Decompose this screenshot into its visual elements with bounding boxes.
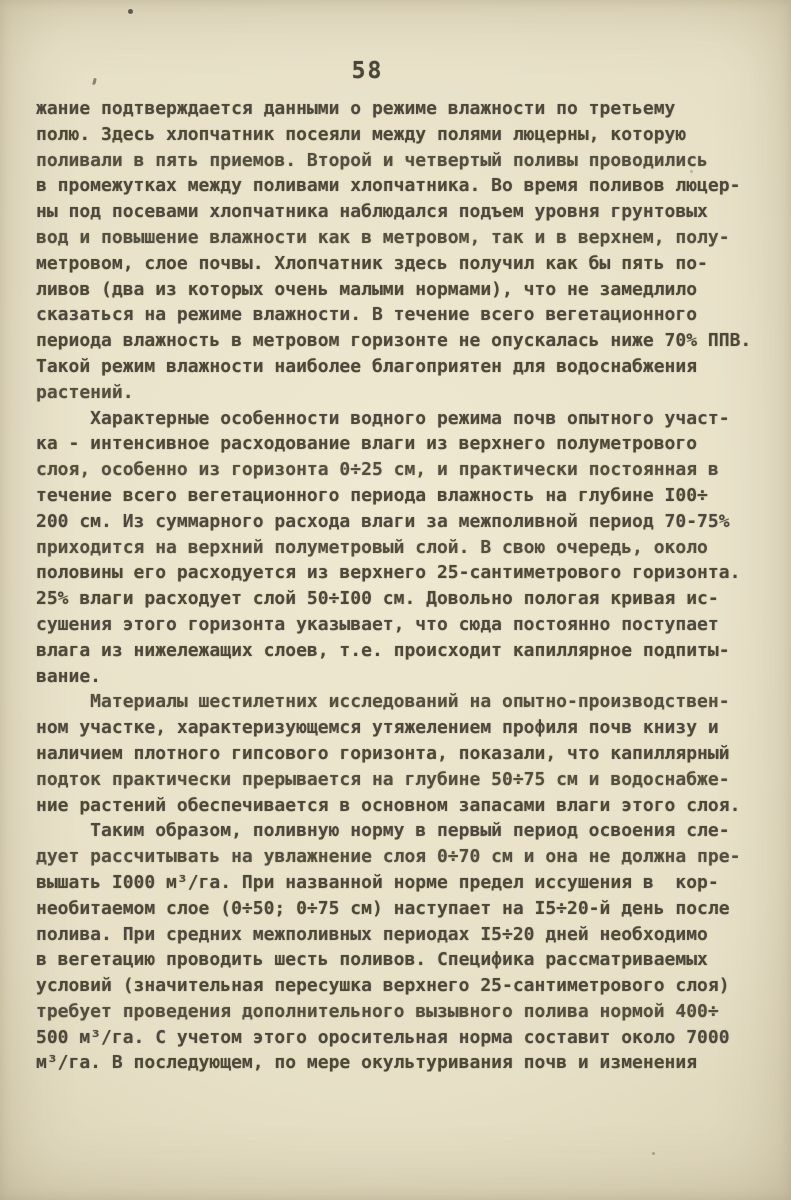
text-line: периода влажность в метровом горизонте н… [36,328,773,354]
text-line: течение всего вегетационного периода вла… [36,483,773,509]
text-line: поливали в пять приемов. Второй и четвер… [36,148,773,174]
text-line: необитаемом слое (0÷50; 0÷75 см) наступа… [36,896,773,922]
text-line: полива. При средних межполивных периодах… [36,922,773,948]
text-line: 200 см. Из суммарного расхода влаги за м… [36,509,773,535]
text-line: ка - интенсивное расходование влаги из в… [36,431,773,457]
text-line: влага из нижележащих слоев, т.е. происхо… [36,638,773,664]
text-line: требует проведения дополнительного вызыв… [36,999,773,1025]
text-line: ние растений обеспечивается в основном з… [36,793,773,819]
text-line: 500 м³/га. С учетом этого оросительная н… [36,1025,773,1051]
text-line: растений. [36,380,773,406]
text-line: 25% влаги расходует слой 50÷I00 см. Дово… [36,586,773,612]
scanned-page: 58 жание подтверждается данными о режиме… [0,0,791,1200]
text-line: половины его расходуется из верхнего 25-… [36,560,773,586]
text-line: наличием плотного гипсового горизонта, п… [36,741,773,767]
text-line: слоя, особенно из горизонта 0÷25 см, и п… [36,457,773,483]
text-line: дует рассчитывать на увлажнение слоя 0÷7… [36,844,773,870]
text-line: Такой режим влажности наиболее благоприя… [36,354,773,380]
text-line: ном участке, характеризующемся утяжелени… [36,715,773,741]
text-body: жание подтверждается данными о режиме вл… [36,96,773,1076]
text-line: в вегетацию проводить шесть поливов. Спе… [36,947,773,973]
text-line: ны под посевами хлопчатника наблюдался п… [36,199,773,225]
text-line: вание. [36,664,773,690]
paper-speck [128,9,133,14]
text-line: ливов (два из которых очень малыми норма… [36,277,773,303]
text-line: сушения этого горизонта указывает, что с… [36,612,773,638]
text-line: Характерные особенности водного режима п… [36,406,773,432]
text-line: сказаться на режиме влажности. В течение… [36,302,773,328]
text-line: вышать I000 м³/га. При названной норме п… [36,870,773,896]
paper-speck [690,170,693,173]
paper-speck [652,1152,655,1155]
text-line: приходится на верхний полуметровый слой.… [36,535,773,561]
text-line: полю. Здесь хлопчатник посеяли между пол… [36,122,773,148]
text-line: Таким образом, поливную норму в первый п… [36,818,773,844]
text-line: м³/га. В последующем, по мере окультурив… [36,1050,773,1076]
text-line: Материалы шестилетних исследований на оп… [36,689,773,715]
text-line: в промежутках между поливами хлопчатника… [36,173,773,199]
text-line: метровом, слое почвы. Хлопчатник здесь п… [36,251,773,277]
text-line: вод и повышение влажности как в метровом… [36,225,773,251]
page-number: 58 [0,58,763,84]
text-line: жание подтверждается данными о режиме вл… [36,96,773,122]
text-line: подток практически прерывается на глубин… [36,767,773,793]
text-line: условий (значительная пересушка верхнего… [36,973,773,999]
